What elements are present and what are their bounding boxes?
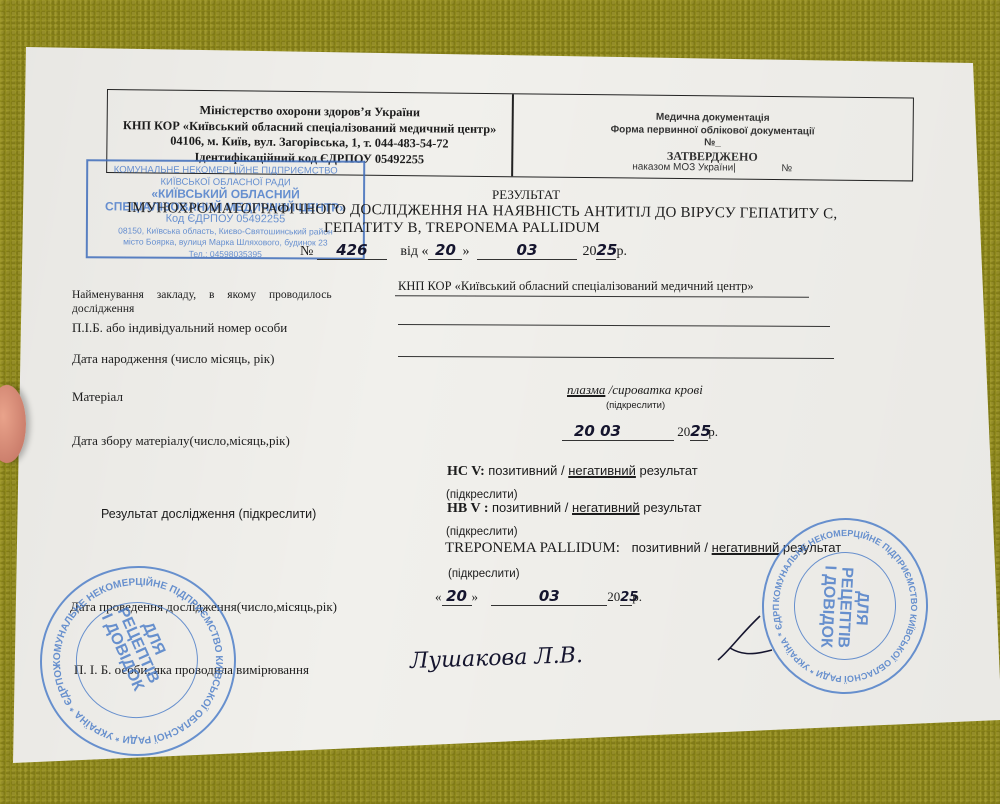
institution-value: КНП КОР «Київський обласний спеціалізова… xyxy=(398,279,754,294)
collection-date-label: Дата збору матеріалу(число,місяць,рік) xyxy=(72,433,290,449)
treponema-sep: / xyxy=(701,540,712,555)
test-date: «20» 032025р. xyxy=(435,587,642,606)
from-label: від « xyxy=(400,244,428,259)
result-hcv: HC V: позитивний / негативний результат xyxy=(447,463,698,480)
result-title: РЕЗУЛЬТАТ xyxy=(492,187,560,203)
collection-year: 25 xyxy=(690,422,708,441)
material-label: Матеріал xyxy=(72,389,123,405)
treponema-positive[interactable]: позитивний xyxy=(632,540,701,555)
document-month: 03 xyxy=(477,241,577,260)
year-prefix: 20 xyxy=(582,244,596,259)
collection-year-prefix: 20 xyxy=(677,424,690,439)
study-title-line2: ГЕПАТИТУ В, TREPONEMA PALLIDUM xyxy=(324,220,600,237)
stamp-center-text: ДЛЯ РЕЦЕПТІВ І ДОВІДОК xyxy=(817,561,873,654)
hbv-sep: / xyxy=(561,500,572,515)
order-number: № xyxy=(781,163,792,174)
institution-label-line2: дослідження xyxy=(72,303,134,315)
hcv-label: HC V: xyxy=(447,464,485,479)
test-year: 25 xyxy=(620,590,632,606)
birth-date-label: Дата народження (число місяць, рік) xyxy=(72,351,274,367)
document-day: 20 xyxy=(428,241,462,260)
header-left: Міністерство охорони здоров’я України КН… xyxy=(107,102,512,168)
institution-label-line1: Найменування закладу, в якому проводилос… xyxy=(72,289,332,301)
quote-close: » xyxy=(462,244,469,259)
document-number: 426 xyxy=(317,241,387,260)
year-end: р. xyxy=(616,244,627,259)
material-serum: сироватка крові xyxy=(612,382,703,397)
institution-label: Найменування закладу, в якому проводилос… xyxy=(72,288,382,316)
hcv-negative[interactable]: негативний xyxy=(568,463,636,478)
treponema-label: TREPONEMA PALLIDUM: xyxy=(445,540,620,556)
hbv-label: HB V : xyxy=(447,501,489,516)
result-hbv: HB V : позитивний / негативний результат xyxy=(447,500,702,517)
hbv-hint: (підкреслити) xyxy=(446,526,518,538)
order-label: наказом МОЗ України| xyxy=(632,162,736,174)
results-label: Результат дослідження (підкреслити) xyxy=(101,507,316,521)
test-month: 03 xyxy=(491,587,607,606)
hcv-suffix: результат xyxy=(636,463,698,478)
material-options: плазма /сироватка крові xyxy=(567,382,703,398)
document-number-row: № 426 від «20» 03 2025р. xyxy=(300,241,627,260)
header-right: Медична документація Форма первинної обл… xyxy=(513,110,912,177)
test-year-prefix: 20 xyxy=(607,589,620,604)
person-label: П.І.Б. або індивідуальний номер особи xyxy=(72,320,287,336)
test-year-end: р. xyxy=(632,589,642,604)
collection-date: 20 03 2025р. xyxy=(562,422,718,441)
test-day: 20 xyxy=(442,587,472,606)
round-stamp-right: КОМУНАЛЬНЕ НЕКОМЕРЦІЙНЕ ПІДПРИЄМСТВО КИЇ… xyxy=(758,514,933,698)
material-hint: (підкреслити) xyxy=(606,400,665,411)
document-year: 25 xyxy=(596,241,616,260)
material-plasma: плазма xyxy=(567,382,605,397)
hbv-positive[interactable]: позитивний xyxy=(492,500,561,515)
treponema-hint: (підкреслити) xyxy=(448,568,520,580)
hcv-positive[interactable]: позитивний xyxy=(488,463,557,478)
hcv-sep: / xyxy=(557,463,568,478)
test-date-close: » xyxy=(472,589,479,604)
collection-year-end: р. xyxy=(708,424,718,439)
hbv-negative[interactable]: негативний xyxy=(572,500,640,515)
round-stamp-left: КОМУНАЛЬНЕ НЕКОМЕРЦІЙНЕ ПІДПРИЄМСТВО КИЇ… xyxy=(34,559,243,762)
stamp-line: КОМУНАЛЬНЕ НЕКОМЕРЦІЙНЕ ПІДПРИЄМСТВО xyxy=(88,164,363,177)
hbv-suffix: результат xyxy=(640,500,702,515)
collection-date-value: 20 03 xyxy=(562,422,674,441)
number-label: № xyxy=(300,244,313,259)
